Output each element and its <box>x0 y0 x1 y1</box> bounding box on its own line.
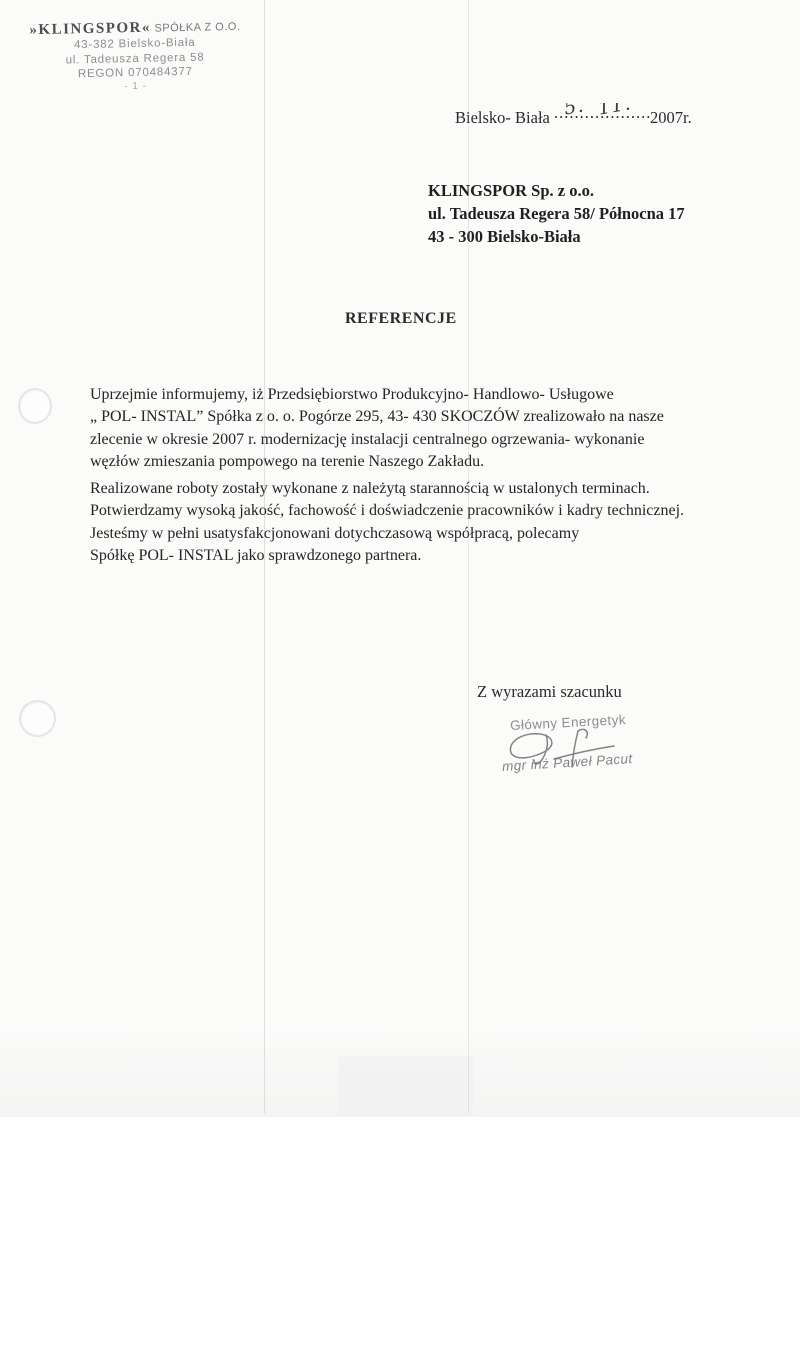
fold-line-right <box>468 0 469 1113</box>
scanner-background <box>0 1117 800 1363</box>
stamp-company-suffix: SPÓŁKA Z O.O. <box>151 21 241 35</box>
letterhead-stamp: »KLINGSPOR« SPÓŁKA Z O.O. 43-382 Bielsko… <box>29 18 240 94</box>
recipient-address: KLINGSPOR Sp. z o.o. ul. Tadeusza Regera… <box>428 179 685 248</box>
stamp-company-text: »KLINGSPOR« <box>29 20 151 39</box>
letter-title: REFERENCJE <box>345 310 457 328</box>
closing-salutation: Z wyrazami szacunku <box>477 682 622 702</box>
handwritten-signature-scrawl <box>504 725 630 775</box>
date-dotted-leader: ....................5.11. <box>554 103 650 123</box>
scanned-letter-page: »KLINGSPOR« SPÓŁKA Z O.O. 43-382 Bielsko… <box>0 0 800 1363</box>
body-paragraph-1: Uprzejmie informujemy, iż Przedsiębiorst… <box>90 384 720 473</box>
date-year: 2007r. <box>650 108 692 127</box>
fold-line-left <box>264 0 265 1113</box>
signature-block: Główny Energetyk mgr inż Paweł Pacut <box>502 713 652 777</box>
scan-shadow-artifact <box>338 1056 473 1116</box>
date-place: Bielsko- Biała <box>455 108 554 127</box>
hole-punch-top <box>18 388 52 424</box>
hole-punch-bottom <box>19 700 56 737</box>
body-paragraph-2: Realizowane roboty zostały wykonane z na… <box>90 478 720 567</box>
date-line: Bielsko- Biała ....................5.11.… <box>455 103 692 128</box>
